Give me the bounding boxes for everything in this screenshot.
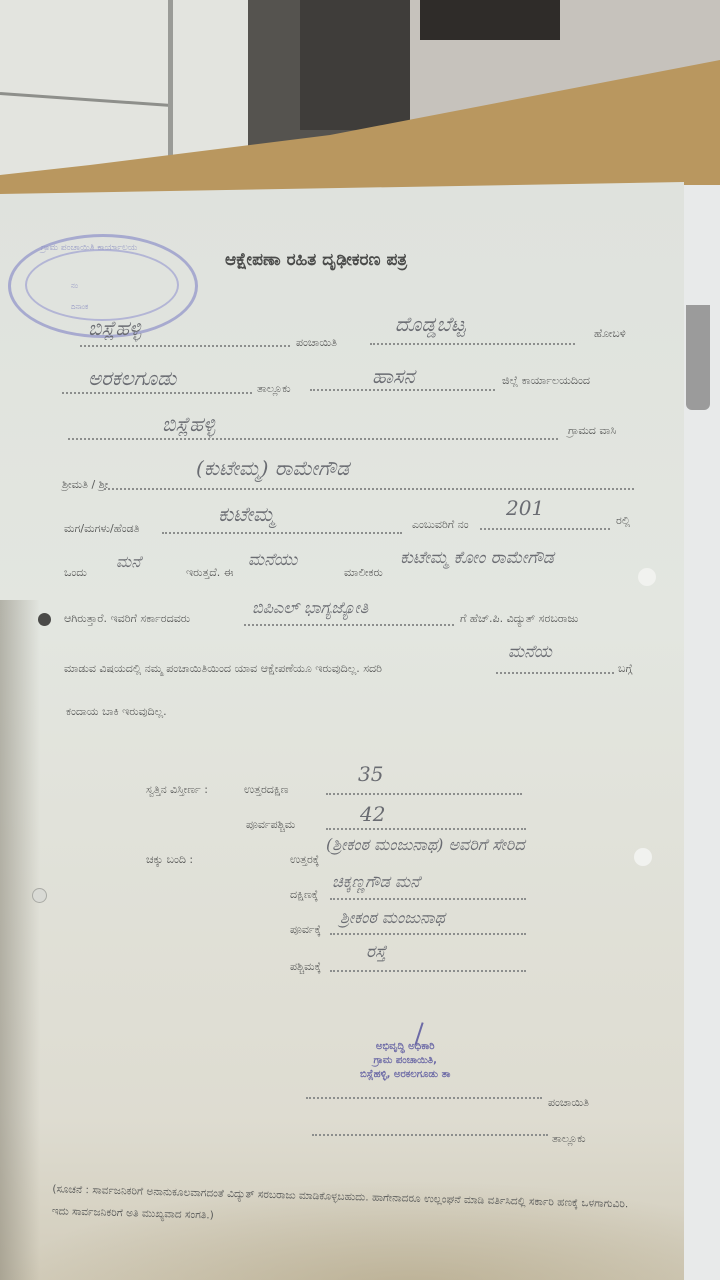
punch-hole (634, 848, 652, 866)
dotted-line (68, 438, 558, 440)
north-label: ಉತ್ತರಕ್ಕೆ (290, 853, 319, 867)
punch-hole (32, 888, 47, 903)
south-label: ದಕ್ಷಿಣಕ್ಕೆ (290, 888, 318, 902)
property-area-label: ಸ್ವತ್ತಿನ ವಿಸ್ತೀರ್ಣ : (146, 783, 208, 797)
dotted-line (80, 345, 290, 347)
dotted-line (310, 389, 495, 391)
dotted-line (326, 793, 522, 795)
one-label: ಒಂದು (64, 566, 87, 580)
owner-name-value: ಕುಟೇಮ್ಮ ಕೋಂ ರಾಮೇಗೌಡ (400, 548, 554, 568)
guardian-name-value: ಕುಟೇಮ್ಮ (218, 502, 275, 526)
line3-value: ಮನೆಯ (508, 642, 552, 662)
east-west-label: ಪೂರ್ವಪಶ್ಚಿಮ (246, 818, 295, 832)
north-south-value: 35 (358, 762, 383, 786)
number-value: 201 (506, 496, 544, 520)
applicant-label: ಶ್ರೀಮತಿ / ಶ್ರೀ (62, 478, 108, 492)
line2-suffix: ಗೆ ಹೆಚ್.ಪಿ. ವಿದ್ಯುತ್ ಸರಬರಾಜು (460, 612, 578, 626)
document-title: ಆಕ್ಷೇಪಣಾ ರಹಿತ ದೃಢೀಕರಣ ಪತ್ರ (225, 250, 407, 270)
north-value: (ಶ್ರೀಕಂಠ ಮಂಜುನಾಥ) ಅವರಿಗೆ ಸೇರಿದ (326, 835, 525, 855)
panchayat-label: ಪಂಚಾಯಿತಿ (296, 336, 337, 350)
underlying-paper-tab (686, 305, 710, 410)
seal-number-label: ನಂ (71, 282, 78, 291)
east-label: ಪೂರ್ವಕ್ಕೆ (290, 923, 321, 937)
east-west-value: 42 (360, 802, 385, 826)
taluk-name-value: ಅರಕಲಗೂಡು (88, 366, 176, 390)
line3-text: ಮಾಡುವ ವಿಷಯದಲ್ಲಿ ನಮ್ಮ ಪಂಚಾಯಿತಿಯಿಂದ ಯಾವ ಆಕ… (64, 662, 382, 676)
seal-date-label: ದಿನಾಂಕ (71, 303, 88, 312)
dotted-line (330, 898, 526, 900)
background-cabinet-edge (168, 0, 173, 160)
dotted-line (244, 624, 454, 626)
line3-suffix: ಬಗ್ಗೆ (618, 662, 632, 676)
in-label: ರಲ್ಲಿ (616, 514, 630, 528)
south-value: ಚಿಕ್ಕಣ್ಣಗೌಡ ಮನೆ (332, 872, 420, 892)
signature-panchayat-label: ಪಂಚಾಯಿತಿ (548, 1096, 589, 1110)
village-name-value: ಬಿಸ್ಲೆಹಳ್ಳಿ (162, 412, 215, 436)
number-label: ಎಂಬುವರಿಗೆ ನಂ (412, 518, 469, 532)
west-value: ರಸ್ತೆ (366, 942, 386, 962)
hobli-name-value: ದೊಡ್ಡಬೆಟ್ಟ (395, 312, 465, 336)
district-label: ಜಿಲ್ಲೆ ಕಾರ್ಯಾಲಯದಿಂದ (502, 374, 590, 388)
line4-text: ಕಂದಾಯ ಬಾಕಿ ಇರುವುದಿಲ್ಲ. (66, 705, 167, 719)
dotted-line (162, 532, 402, 534)
signature-line-1: ಅಭಿವೃದ್ಧಿ ಅಧಿಕಾರಿ (360, 1040, 450, 1054)
dotted-line (326, 828, 526, 830)
district-name-value: ಹಾಸನ (372, 364, 415, 388)
background-dark-object-2 (300, 0, 420, 130)
seal-text: ಗ್ರಾಮ ಪಂಚಾಯಿತಿ ಕಾರ್ಯಾಲಯ (41, 243, 137, 253)
hobli-label: ಹೋಬಳಿ (594, 327, 626, 341)
applicant-name-value: (ಕುಟೇಮ್ಮ) ರಾಮೇಗೌಡ (196, 456, 349, 480)
dotted-line (312, 1134, 548, 1136)
dotted-line (496, 672, 614, 674)
scheme-name-value: ಬಿಪಿಎಲ್ ಭಾಗ್ಯಜ್ಯೋತಿ (252, 598, 368, 618)
paper-shadow-left (0, 600, 40, 1280)
north-south-label: ಉತ್ತರದಕ್ಷಿಣ (244, 783, 289, 797)
owner-label: ಮಾಲೀಕರು (344, 566, 383, 580)
guardian-label: ಮಗ/ಮಗಳು/ಹೆಂಡತಿ (64, 522, 139, 536)
official-signature-stamp: ಅಭಿವೃದ್ಧಿ ಅಧಿಕಾರಿ ಗ್ರಾಮ ಪಂಚಾಯಿತಿ, ಬಿಸ್ಲೆ… (360, 1040, 450, 1082)
punch-hole (38, 613, 51, 626)
west-label: ಪಶ್ಚಿಮಕ್ಕೆ (290, 960, 321, 974)
exists-label: ಇರುತ್ತದೆ. ಈ (186, 566, 233, 580)
line2-prefix: ಆಗಿರುತ್ತಾರೆ. ಇವರಿಗೆ ಸರ್ಕಾರದವರು (64, 612, 190, 626)
punch-hole (638, 568, 656, 586)
dotted-line (480, 528, 610, 530)
taluk-label: ತಾಲ್ಲೂಕು (257, 382, 291, 396)
signature-taluk-label: ತಾಲ್ಲೂಕು (552, 1132, 586, 1146)
panchayat-name-value: ಬಿಸ್ಲೆಹಳ್ಳಿ (88, 316, 141, 340)
dotted-line (306, 1097, 542, 1099)
signature-line-3: ಬಿಸ್ಲೆಹಳ್ಳಿ, ಅರಕಲಗೂಡು ತಾ (360, 1068, 450, 1082)
background-room-dark (420, 0, 560, 40)
building-type-value: ಮನೆ (116, 552, 141, 572)
dotted-line (330, 933, 526, 935)
dotted-line (104, 488, 634, 490)
seal-inner-ring (25, 249, 179, 321)
boundaries-label: ಚಕ್ಕು ಬಂದಿ : (146, 853, 193, 867)
village-label: ಗ್ರಾಮದ ವಾಸಿ (568, 424, 616, 438)
east-value: ಶ್ರೀಕಂಠ ಮಂಜುನಾಥ (340, 908, 445, 928)
signature-line-2: ಗ್ರಾಮ ಪಂಚಾಯಿತಿ, (360, 1054, 450, 1068)
dotted-line (330, 970, 526, 972)
dotted-line (62, 392, 252, 394)
dotted-line (370, 343, 575, 345)
property-value: ಮನೆಯು (248, 550, 297, 570)
